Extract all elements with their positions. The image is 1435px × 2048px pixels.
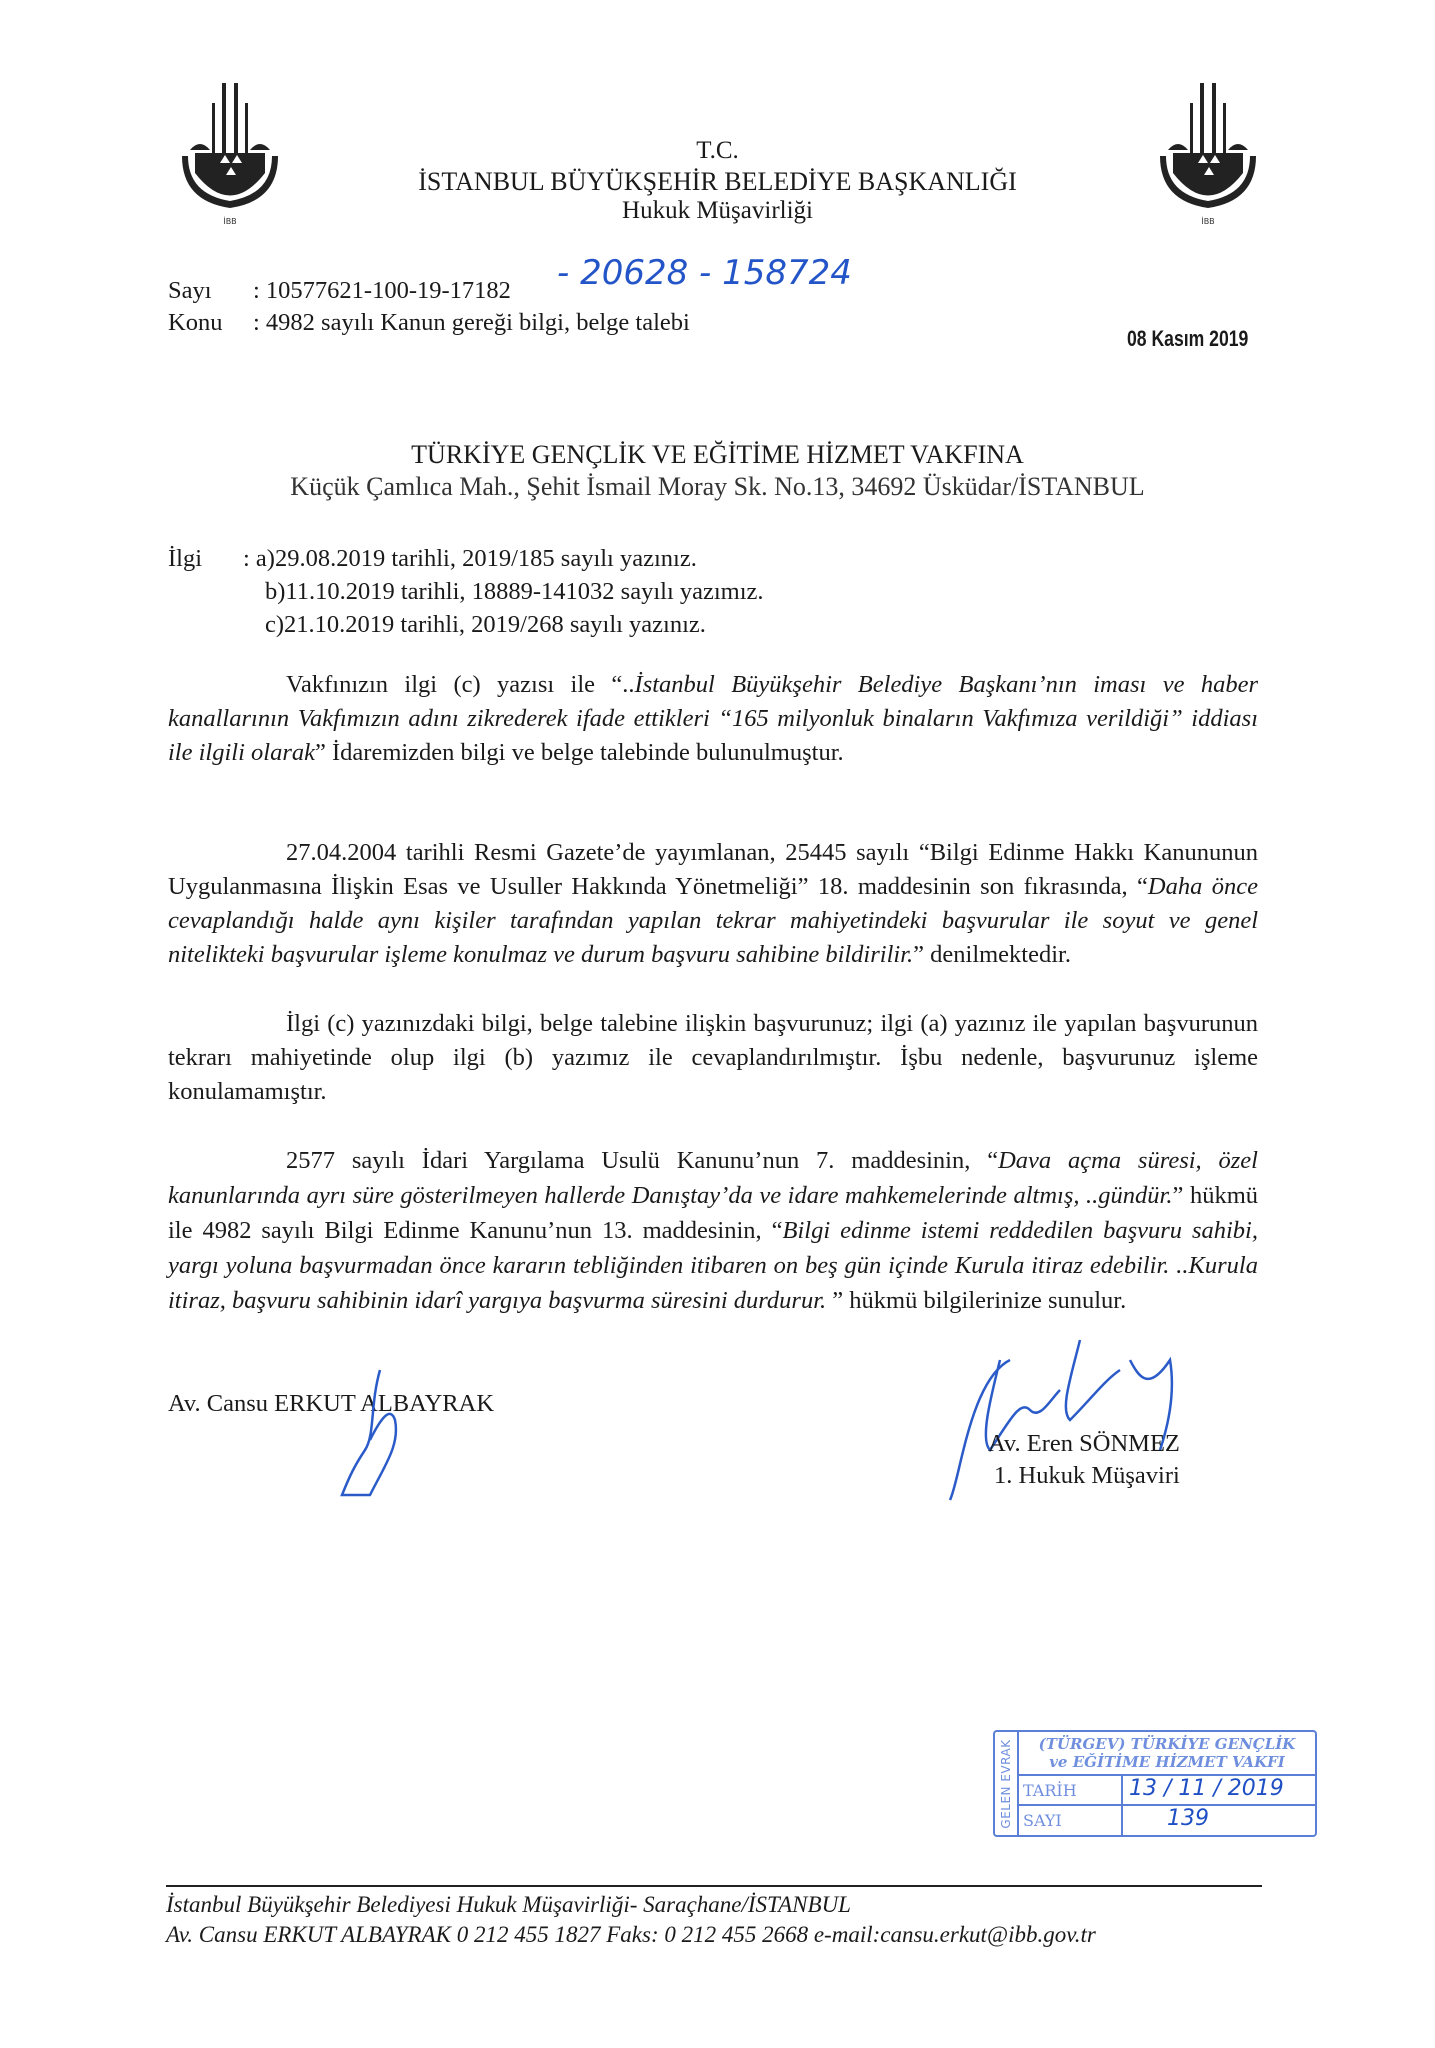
ilgi-item-c: c)21.10.2019 tarihli, 2019/268 sayılı ya…: [265, 609, 706, 641]
ilgi-label: İlgi: [168, 543, 202, 575]
stamp-org-line1: (TÜRGEV) TÜRKİYE GENÇLİK: [1021, 1735, 1313, 1753]
konu-label: Konu: [168, 307, 222, 339]
signature-left-icon: [310, 1365, 420, 1515]
paragraph-3: İlgi (c) yazınızdaki bilgi, belge talebi…: [168, 1007, 1258, 1109]
signatory-right-title: 1. Hukuk Müşaviri: [994, 1460, 1180, 1492]
paragraph-4: 2577 sayılı İdari Yargılama Usulü Kanunu…: [168, 1143, 1258, 1318]
sayi-value: : 10577621-100-19-17182: [253, 275, 511, 307]
stamp-sayi-value: 139: [1167, 1806, 1209, 1831]
footer-address: İstanbul Büyükşehir Belediyesi Hukuk Müş…: [166, 1890, 851, 1920]
footer-contact: Av. Cansu ERKUT ALBAYRAK 0 212 455 1827 …: [166, 1920, 1096, 1950]
recipient-address: Küçük Çamlıca Mah., Şehit İsmail Moray S…: [0, 472, 1435, 502]
signatory-right-name: Av. Eren SÖNMEZ: [988, 1428, 1180, 1460]
sayi-label: Sayı: [168, 275, 212, 307]
header-department: Hukuk Müşavirliği: [0, 197, 1435, 225]
paragraph-1: Vakfınızın ilgi (c) yazısı ile “..İstanb…: [168, 668, 1258, 770]
incoming-document-stamp: GELEN EVRAK (TÜRGEV) TÜRKİYE GENÇLİK ve …: [993, 1730, 1317, 1837]
recipient-name: TÜRKİYE GENÇLİK VE EĞİTİME HİZMET VAKFIN…: [0, 440, 1435, 470]
date-stamp: 08 Kasım 2019: [1127, 326, 1248, 352]
stamp-side-label: GELEN EVRAK: [999, 1739, 1013, 1828]
footer-divider: [166, 1885, 1262, 1887]
stamp-tarih-label: TARİH: [1023, 1781, 1077, 1800]
header-tc: T.C.: [0, 137, 1435, 165]
paragraph-2: 27.04.2004 tarihli Resmi Gazete’de yayım…: [168, 836, 1258, 972]
stamp-sayi-label: SAYI: [1023, 1811, 1062, 1830]
sayi-handwritten: - 20628 - 158724: [557, 253, 852, 293]
ilgi-item-a: : a)29.08.2019 tarihli, 2019/185 sayılı …: [243, 543, 697, 575]
stamp-tarih-value: 13 / 11 / 2019: [1129, 1776, 1284, 1801]
header-institution: İSTANBUL BÜYÜKŞEHİR BELEDİYE BAŞKANLIĞI: [0, 167, 1435, 197]
stamp-org-line2: ve EĞİTİME HİZMET VAKFI: [1021, 1753, 1313, 1771]
konu-value: : 4982 sayılı Kanun gereği bilgi, belge …: [253, 307, 690, 339]
ilgi-item-b: b)11.10.2019 tarihli, 18889-141032 sayıl…: [265, 576, 764, 608]
